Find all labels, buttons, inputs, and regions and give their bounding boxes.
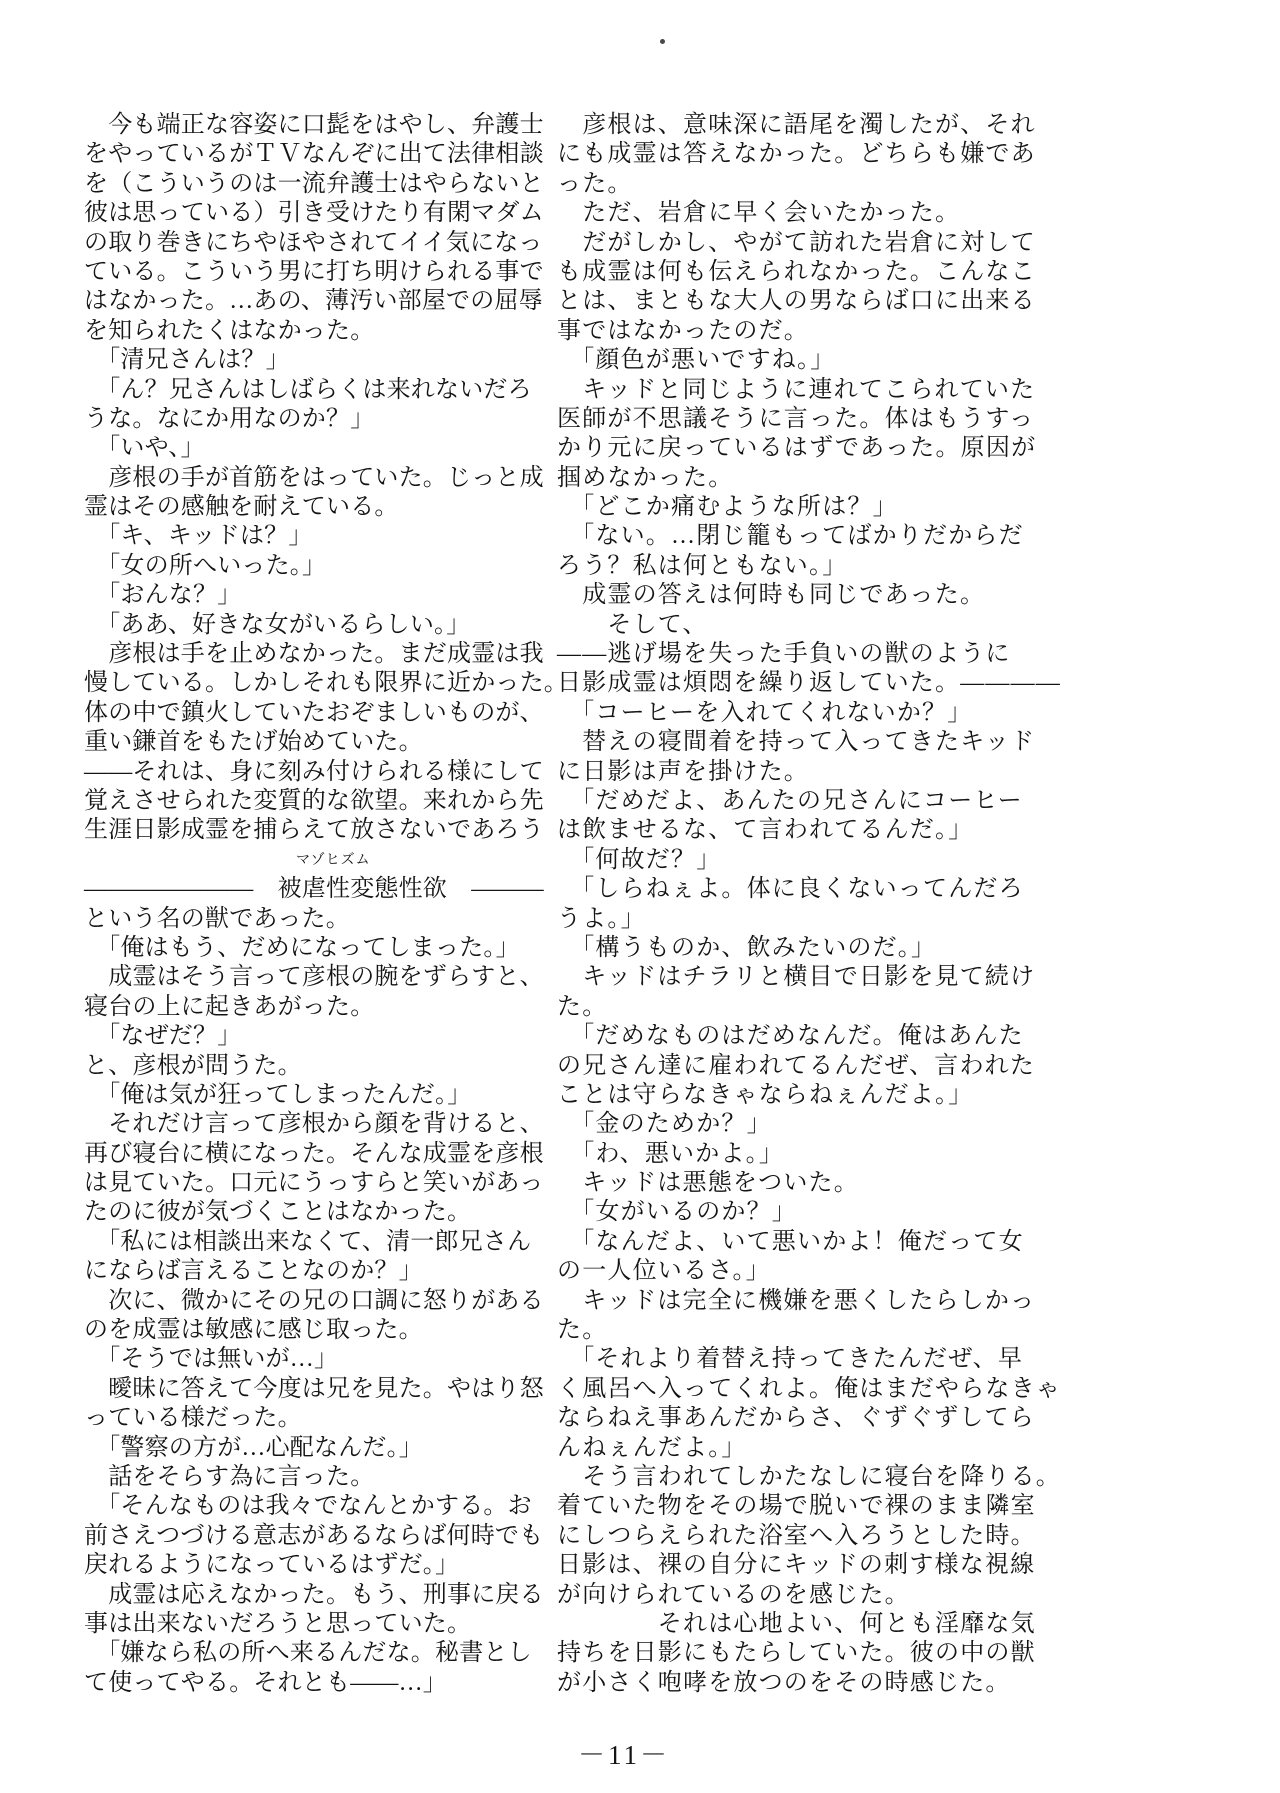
text-line: それは心地よい、何とも淫靡な気 <box>557 1610 1045 1639</box>
text-line: 「どこか痛むような所は？」 <box>557 493 1045 522</box>
text-line: 「だめだよ、あんたの兄さんにコーヒー <box>557 787 1045 816</box>
text-line: は見ていた。口元にうっすらと笑いがあっ <box>84 1169 544 1198</box>
text-line: の兄さん達に雇われてるんだぜ、言われた <box>557 1052 1045 1081</box>
text-line: んねぇんだよ。」 <box>557 1434 1045 1463</box>
text-line: 霊はその感触を耐えている。 <box>84 493 544 522</box>
text-line: だがしかし、やがて訪れた岩倉に対して <box>557 229 1045 258</box>
text-line: た。 <box>557 1316 1045 1345</box>
text-line: が小さく咆哮を放つのをその時感じた。 <box>557 1669 1045 1698</box>
text-line: 「警察の方が…心配なんだ。」 <box>84 1434 544 1463</box>
text-line: 「なぜだ？」 <box>84 1022 544 1051</box>
text-line: 「私には相談出来なくて、清一郎兄さん <box>84 1228 544 1257</box>
text-line: 着ていた物をその場で脱いで裸のまま隣室 <box>557 1492 1045 1521</box>
text-line: 掴めなかった。 <box>557 464 1045 493</box>
left-column: 今も端正な容姿に口髭をはやし、弁護士をやっているがＴＶなんぞに出て法律相談を（こ… <box>84 111 544 1698</box>
text-line: うな。なにか用なのか？」 <box>84 405 544 434</box>
text-line: という名の獣であった。 <box>84 905 544 934</box>
text-line: のを成霊は敏感に感じ取った。 <box>84 1316 544 1345</box>
text-line: 「おんな？」 <box>84 581 544 610</box>
text-line: 「ん？兄さんはしばらくは来れないだろ <box>84 376 544 405</box>
text-line: たのに彼が気づくことはなかった。 <box>84 1198 544 1227</box>
text-line: た。 <box>557 993 1045 1022</box>
text-line: ことは守らなきゃならねぇんだよ。」 <box>557 1081 1045 1110</box>
text-line: 重い鎌首をもたげ始めていた。 <box>84 728 544 757</box>
text-line: に日影は声を掛けた。 <box>557 758 1045 787</box>
text-line: 日影成霊は煩悶を繰り返していた。―――― <box>557 669 1045 698</box>
text-line: った。 <box>557 170 1045 199</box>
text-line: そう言われてしかたなしに寝台を降りる。 <box>557 1463 1045 1492</box>
text-line: ――それは、身に刻み付けられる様にして <box>84 758 544 787</box>
text-line: 替えの寝間着を持って入ってきたキッド <box>557 728 1045 757</box>
text-line: 今も端正な容姿に口髭をはやし、弁護士 <box>84 111 544 140</box>
text-line: 「なんだよ、いて悪いかよ！俺だって女 <box>557 1228 1045 1257</box>
text-line: 「ああ、好きな女がいるらしい。」 <box>84 611 544 640</box>
text-line: 「女がいるのか？」 <box>557 1198 1045 1227</box>
text-line: ――――――― 被虐性変態性欲 ――― <box>84 875 544 904</box>
scanned-page: 今も端正な容姿に口髭をはやし、弁護士をやっているがＴＶなんぞに出て法律相談を（こ… <box>0 0 1280 1793</box>
text-line: ろう？私は何ともない。」 <box>557 552 1045 581</box>
text-line: が向けられているのを感じた。 <box>557 1581 1045 1610</box>
text-line: 「構うものか、飲みたいのだ。」 <box>557 934 1045 963</box>
text-line: 生涯日影成霊を捕らえて放さないであろう <box>84 816 544 845</box>
text-line: 彦根は手を止めなかった。まだ成霊は我 <box>84 640 544 669</box>
text-line: 覚えさせられた変質的な欲望。来れから先 <box>84 787 544 816</box>
text-line: ただ、岩倉に早く会いたかった。 <box>557 199 1045 228</box>
text-line: 話をそらす為に言った。 <box>84 1463 544 1492</box>
text-line: 「ない。…閉じ籠もってばかりだからだ <box>557 522 1045 551</box>
text-line: 持ちを日影にもたらしていた。彼の中の獣 <box>557 1639 1045 1668</box>
text-line: 「コーヒーを入れてくれないか？」 <box>557 699 1045 728</box>
text-line: マゾヒズム <box>84 846 544 875</box>
text-line: うよ。」 <box>557 905 1045 934</box>
text-line: 「顔色が悪いですね。」 <box>557 346 1045 375</box>
text-line: 寝台の上に起きあがった。 <box>84 993 544 1022</box>
text-line: 曖昧に答えて今度は兄を見た。やはり怒 <box>84 1375 544 1404</box>
text-line: 前さえつづける意志があるならば何時でも <box>84 1522 544 1551</box>
text-line: 体の中で鎮火していたおぞましいものが、 <box>84 699 544 728</box>
text-line: 「何故だ？」 <box>557 846 1045 875</box>
text-line: は飲ませるな、て言われてるんだ。」 <box>557 816 1045 845</box>
text-line: にならば言えることなのか？」 <box>84 1257 544 1286</box>
page-number: －11－ <box>0 1733 1248 1772</box>
text-line: 成霊はそう言って彦根の腕をずらすと、 <box>84 963 544 992</box>
text-line: 「嫌なら私の所へ来るんだな。秘書とし <box>84 1639 544 1668</box>
text-line: それだけ言って彦根から顔を背けると、 <box>84 1110 544 1139</box>
text-line: 「キ、キッドは？」 <box>84 522 544 551</box>
text-line: 「俺は気が狂ってしまったんだ。」 <box>84 1081 544 1110</box>
text-line: を知られたくはなかった。 <box>84 317 544 346</box>
text-line: キッドはチラリと横目で日影を見て続け <box>557 963 1045 992</box>
text-line: 事は出来ないだろうと思っていた。 <box>84 1610 544 1639</box>
text-line: 彦根は、意味深に語尾を濁したが、それ <box>557 111 1045 140</box>
text-line: 「いや、」 <box>84 434 544 463</box>
text-line: 「俺はもう、だめになってしまった。」 <box>84 934 544 963</box>
text-line: キッドと同じように連れてこられていた <box>557 376 1045 405</box>
text-line: そして、 <box>557 611 1045 640</box>
text-line: 「そんなものは我々でなんとかする。お <box>84 1492 544 1521</box>
text-line: 「そうでは無いが…」 <box>84 1345 544 1374</box>
text-line: 彦根の手が首筋をはっていた。じっと成 <box>84 464 544 493</box>
text-line: をやっているがＴＶなんぞに出て法律相談 <box>84 140 544 169</box>
text-line: にも成霊は答えなかった。どちらも嫌であ <box>557 140 1045 169</box>
text-line: 「それより着替え持ってきたんだぜ、早 <box>557 1345 1045 1374</box>
text-line: 「わ、悪いかよ。」 <box>557 1140 1045 1169</box>
text-line: く風呂へ入ってくれよ。俺はまだやらなきゃ <box>557 1375 1045 1404</box>
text-line: 次に、微かにその兄の口調に怒りがある <box>84 1287 544 1316</box>
text-line: 成霊の答えは何時も同じであった。 <box>557 581 1045 610</box>
text-line: キッドは完全に機嫌を悪くしたらしかっ <box>557 1287 1045 1316</box>
text-line: 「金のためか？」 <box>557 1110 1045 1139</box>
text-line: ――逃げ場を失った手負いの獣のように <box>557 640 1045 669</box>
text-line: とは、まともな大人の男ならば口に出来る <box>557 287 1045 316</box>
text-line: 「だめなものはだめなんだ。俺はあんた <box>557 1022 1045 1051</box>
text-line: 彼は思っている）引き受けたり有閑マダム <box>84 199 544 228</box>
text-line: を（こういうのは一流弁護士はやらないと <box>84 170 544 199</box>
text-line: 医師が不思議そうに言った。体はもうすっ <box>557 405 1045 434</box>
text-line: 日影は、裸の自分にキッドの刺す様な視線 <box>557 1551 1045 1580</box>
text-line: 事ではなかったのだ。 <box>557 317 1045 346</box>
text-line: 「清兄さんは？」 <box>84 346 544 375</box>
text-line: はなかった。…あの、薄汚い部屋での屈辱 <box>84 287 544 316</box>
text-line: かり元に戻っているはずであった。原因が <box>557 434 1045 463</box>
text-line: 「しらねぇよ。体に良くないってんだろ <box>557 875 1045 904</box>
text-line: ている。こういう男に打ち明けられる事で <box>84 258 544 287</box>
text-line: キッドは悪態をついた。 <box>557 1169 1045 1198</box>
text-line: の取り巻きにちやほやされてイイ気になっ <box>84 229 544 258</box>
text-line: の一人位いるさ。」 <box>557 1257 1045 1286</box>
text-line: 成霊は応えなかった。もう、刑事に戻る <box>84 1581 544 1610</box>
text-line: と、彦根が問うた。 <box>84 1052 544 1081</box>
text-line: 慢している。しかしそれも限界に近かった。 <box>84 669 544 698</box>
text-line: にしつらえられた浴室へ入ろうとした時。 <box>557 1522 1045 1551</box>
text-line: て使ってやる。それとも――…」 <box>84 1669 544 1698</box>
right-column: 彦根は、意味深に語尾を濁したが、それにも成霊は答えなかった。どちらも嫌であった。… <box>557 111 1045 1698</box>
text-line: 「女の所へいった。」 <box>84 552 544 581</box>
text-line: ならねえ事あんだからさ、ぐずぐずしてら <box>557 1404 1045 1433</box>
text-line: 戻れるようになっているはずだ。」 <box>84 1551 544 1580</box>
text-line: も成霊は何も伝えられなかった。こんなこ <box>557 258 1045 287</box>
scan-speck <box>660 39 665 44</box>
text-line: 再び寝台に横になった。そんな成霊を彦根 <box>84 1140 544 1169</box>
text-line: っている様だった。 <box>84 1404 544 1433</box>
